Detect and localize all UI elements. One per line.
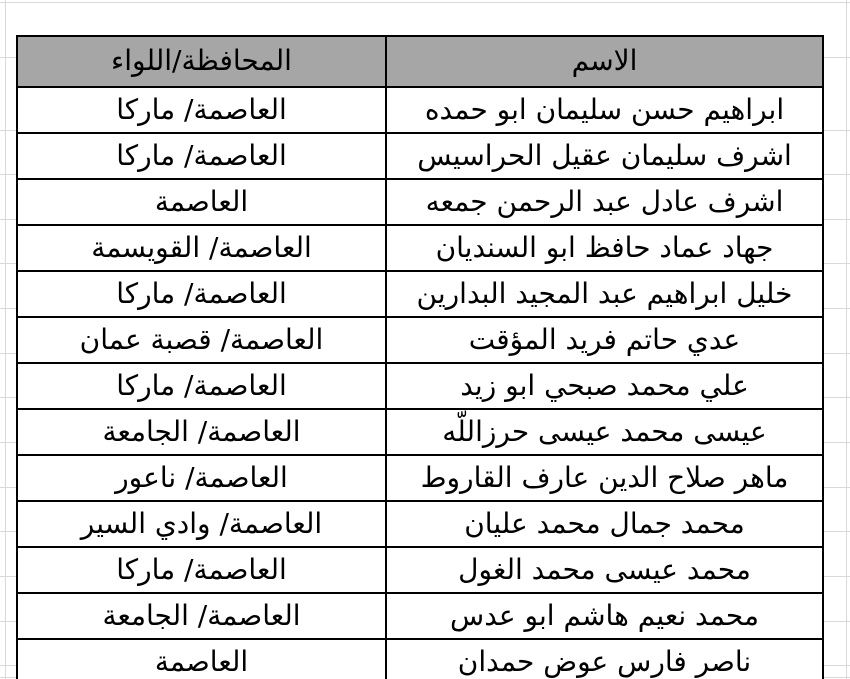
name-cell[interactable]: ماهر صلاح الدين عارف القاروط <box>386 455 823 501</box>
district-cell[interactable]: العاصمة <box>17 639 386 679</box>
header-cell-name[interactable]: الاسم <box>386 36 823 87</box>
district-cell[interactable]: العاصمة/ ماركا <box>17 363 386 409</box>
table-row: ابراهيم حسن سليمان ابو حمده العاصمة/ مار… <box>17 87 823 133</box>
table-row: عدي حاتم فريد المؤقت العاصمة/ قصبة عمان <box>17 317 823 363</box>
table-row: محمد نعيم هاشم ابو عدس العاصمة/ الجامعة <box>17 593 823 639</box>
table-row: محمد عيسى محمد الغول العاصمة/ ماركا <box>17 547 823 593</box>
header-row: الاسم المحافظة/اللواء <box>17 36 823 87</box>
name-cell[interactable]: ابراهيم حسن سليمان ابو حمده <box>386 87 823 133</box>
district-cell[interactable]: العاصمة/ القويسمة <box>17 225 386 271</box>
table-row: ناصر فارس عوض حمدان العاصمة <box>17 639 823 679</box>
name-cell[interactable]: عدي حاتم فريد المؤقت <box>386 317 823 363</box>
name-cell[interactable]: علي محمد صبحي ابو زيد <box>386 363 823 409</box>
name-cell[interactable]: ناصر فارس عوض حمدان <box>386 639 823 679</box>
table-row: جهاد عماد حافظ ابو السنديان العاصمة/ الق… <box>17 225 823 271</box>
table-row: علي محمد صبحي ابو زيد العاصمة/ ماركا <box>17 363 823 409</box>
name-cell[interactable]: جهاد عماد حافظ ابو السنديان <box>386 225 823 271</box>
district-cell[interactable]: العاصمة <box>17 179 386 225</box>
table-row: اشرف سليمان عقيل الحراسيس العاصمة/ ماركا <box>17 133 823 179</box>
district-cell[interactable]: العاصمة/ ناعور <box>17 455 386 501</box>
sheet-gridline <box>0 2 850 3</box>
district-cell[interactable]: العاصمة/ ماركا <box>17 547 386 593</box>
name-cell[interactable]: محمد عيسى محمد الغول <box>386 547 823 593</box>
name-cell[interactable]: محمد جمال محمد عليان <box>386 501 823 547</box>
district-cell[interactable]: العاصمة/ قصبة عمان <box>17 317 386 363</box>
name-cell[interactable]: اشرف سليمان عقيل الحراسيس <box>386 133 823 179</box>
name-cell[interactable]: عيسى محمد عيسى حرزاللّه <box>386 409 823 455</box>
table-row: خليل ابراهيم عبد المجيد البدارين العاصمة… <box>17 271 823 317</box>
district-cell[interactable]: العاصمة/ ماركا <box>17 87 386 133</box>
roster-table: الاسم المحافظة/اللواء ابراهيم حسن سليمان… <box>16 35 824 679</box>
sheet-gridline <box>846 0 847 679</box>
spreadsheet-canvas: الاسم المحافظة/اللواء ابراهيم حسن سليمان… <box>0 0 850 679</box>
district-cell[interactable]: العاصمة/ وادي السير <box>17 501 386 547</box>
name-cell[interactable]: خليل ابراهيم عبد المجيد البدارين <box>386 271 823 317</box>
table-row: ماهر صلاح الدين عارف القاروط العاصمة/ نا… <box>17 455 823 501</box>
header-cell-district[interactable]: المحافظة/اللواء <box>17 36 386 87</box>
district-cell[interactable]: العاصمة/ الجامعة <box>17 593 386 639</box>
district-cell[interactable]: العاصمة/ الجامعة <box>17 409 386 455</box>
table-row: عيسى محمد عيسى حرزاللّه العاصمة/ الجامعة <box>17 409 823 455</box>
name-cell[interactable]: اشرف عادل عبد الرحمن جمعه <box>386 179 823 225</box>
table-row: اشرف عادل عبد الرحمن جمعه العاصمة <box>17 179 823 225</box>
district-cell[interactable]: العاصمة/ ماركا <box>17 271 386 317</box>
table-row: محمد جمال محمد عليان العاصمة/ وادي السير <box>17 501 823 547</box>
name-cell[interactable]: محمد نعيم هاشم ابو عدس <box>386 593 823 639</box>
sheet-gridline <box>5 0 6 679</box>
district-cell[interactable]: العاصمة/ ماركا <box>17 133 386 179</box>
